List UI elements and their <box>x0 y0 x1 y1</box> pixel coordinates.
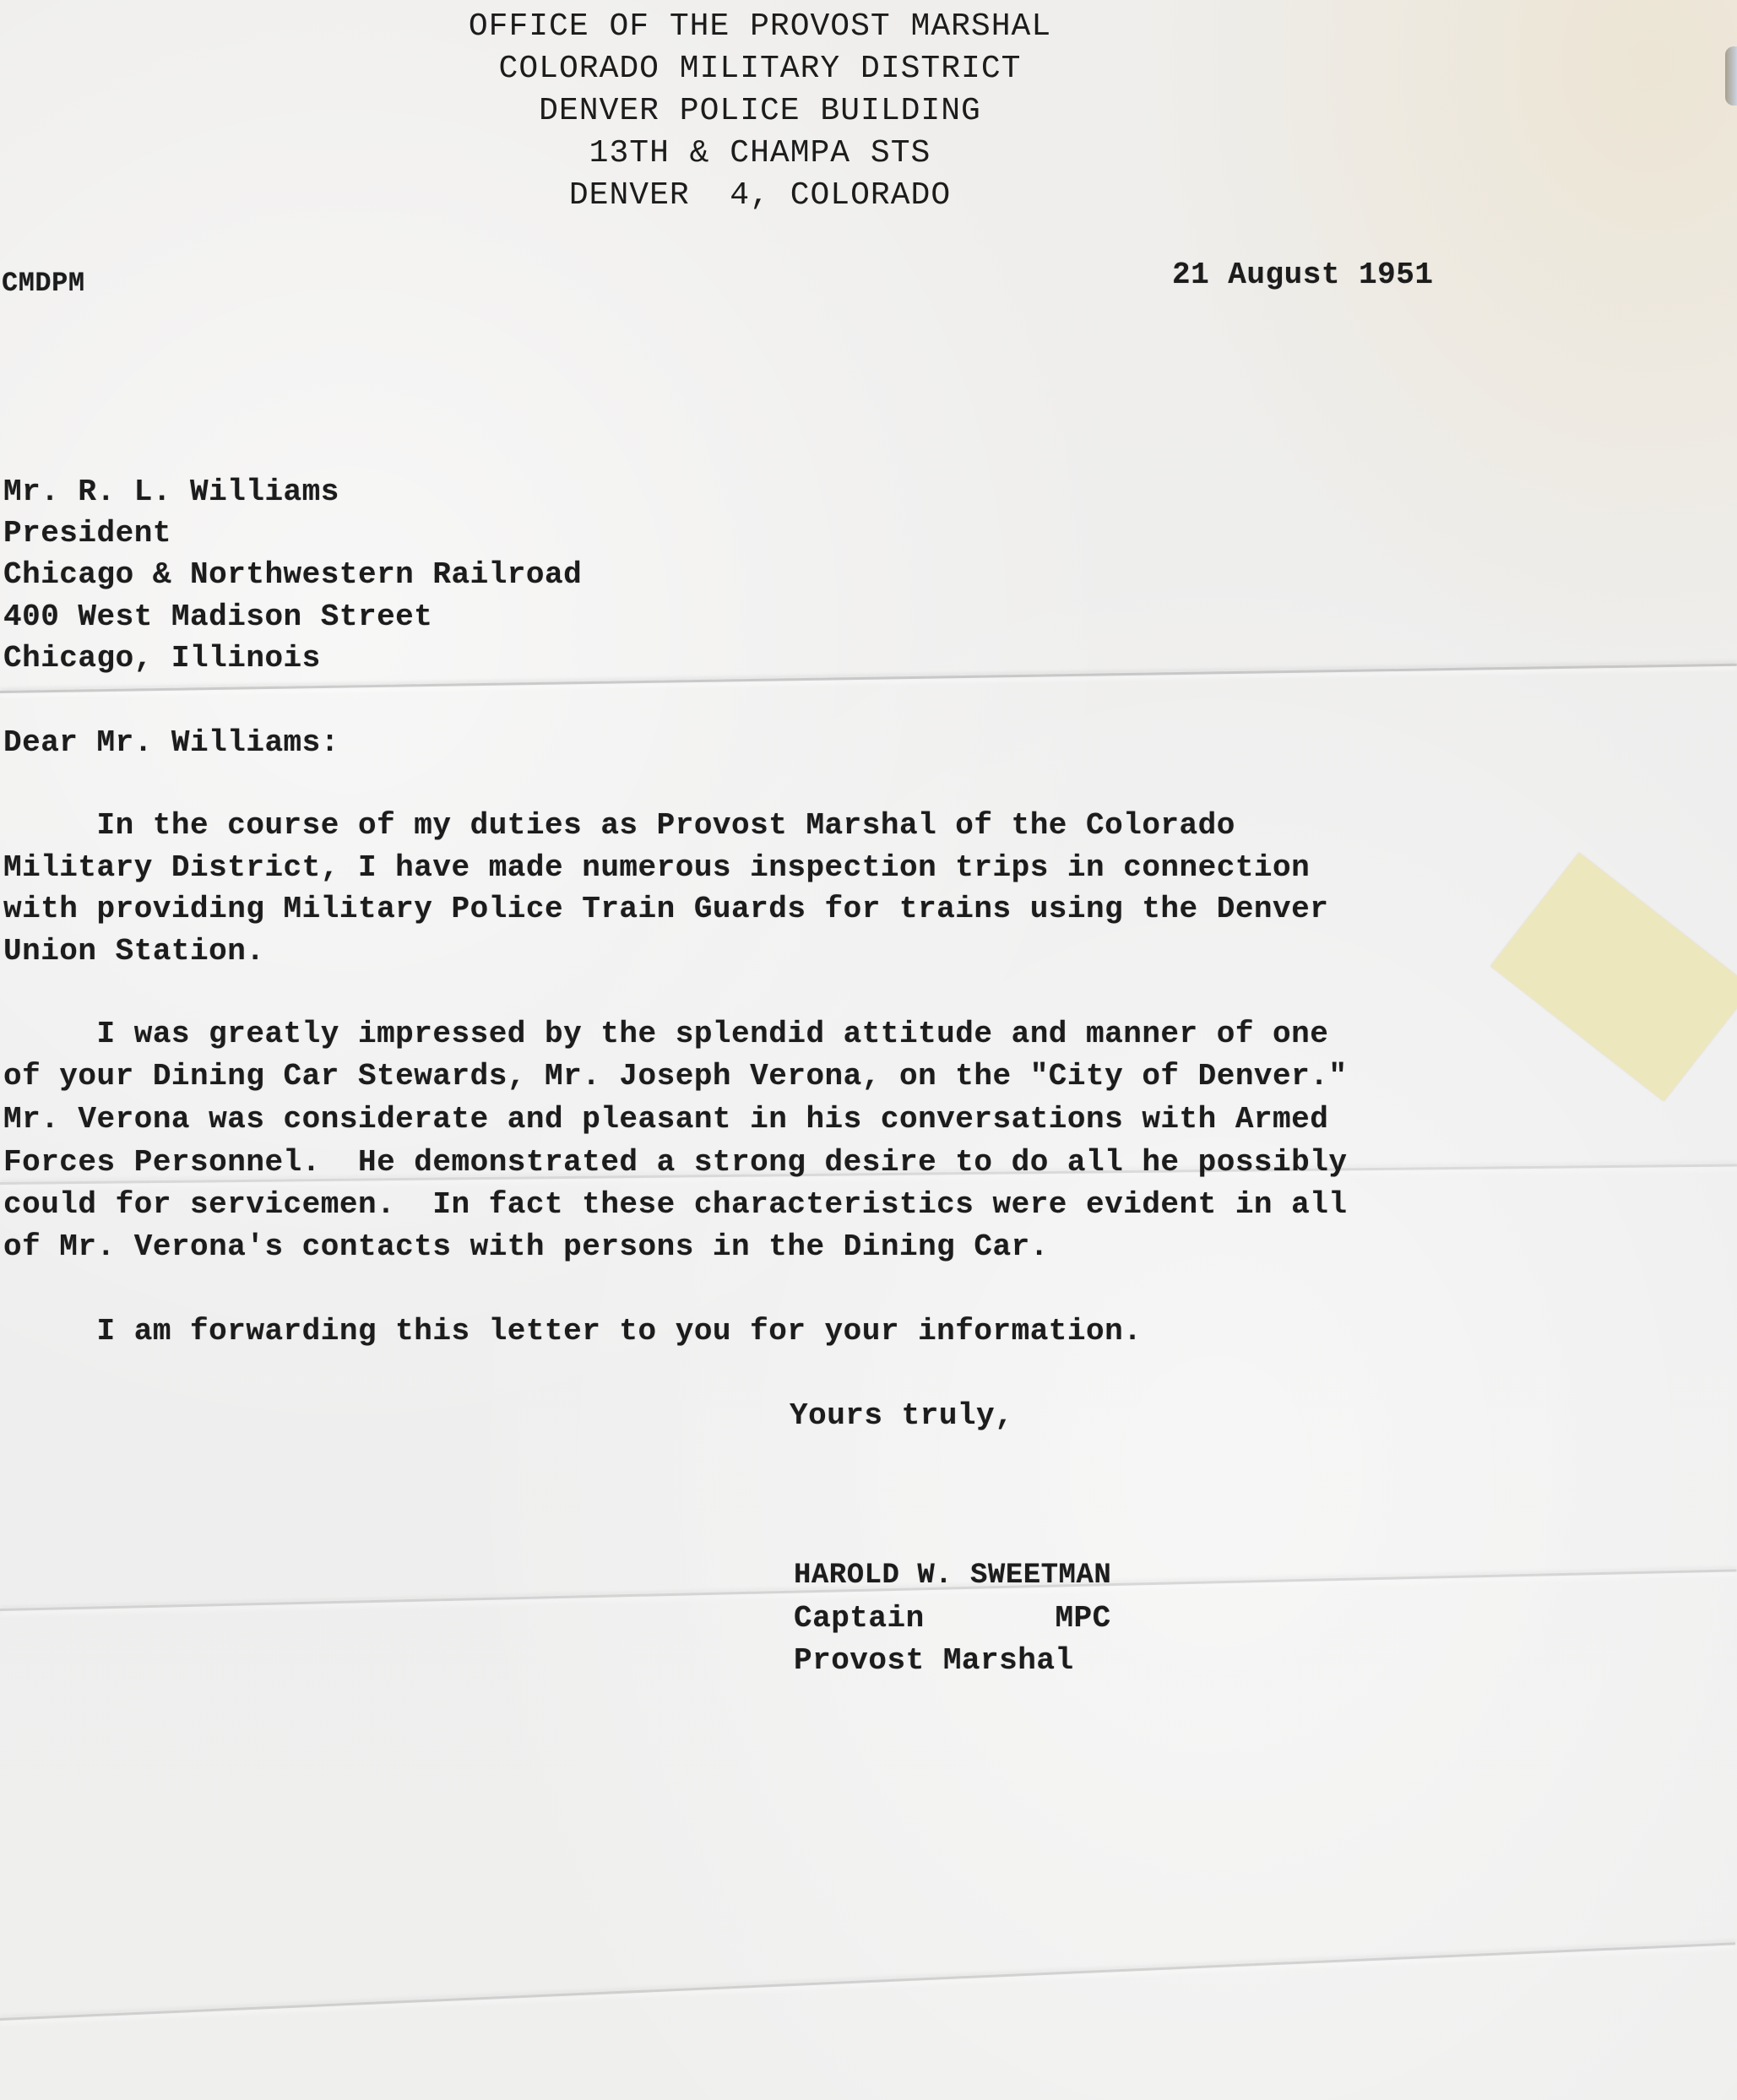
letterhead-line: 13TH & CHAMPA STS <box>0 135 1520 172</box>
recipient-line: President <box>3 517 171 551</box>
signer-rank: Captain MPC <box>794 1602 1111 1636</box>
body-line: I am forwarding this letter to you for y… <box>3 1315 1142 1348</box>
adhesive-tape <box>1490 853 1737 1101</box>
letterhead-line: COLORADO MILITARY DISTRICT <box>0 51 1520 88</box>
body-line: Military District, I have made numerous … <box>3 851 1310 885</box>
salutation: Dear Mr. Williams: <box>3 726 339 760</box>
body-line: with providing Military Police Train Gua… <box>3 893 1328 926</box>
complimentary-close: Yours truly, <box>790 1399 1013 1433</box>
reference-code: CMDPM <box>2 267 85 301</box>
signer-title: Provost Marshal <box>794 1644 1074 1678</box>
body-line: of your Dining Car Stewards, Mr. Joseph … <box>3 1060 1347 1093</box>
letter-date: 21 August 1951 <box>1172 258 1433 292</box>
body-line: Mr. Verona was considerate and pleasant … <box>3 1103 1328 1137</box>
body-line: Union Station. <box>3 935 264 969</box>
signer-name: HAROLD W. SWEETMAN <box>794 1559 1111 1593</box>
recipient-line: Mr. R. L. Williams <box>3 475 339 509</box>
letterhead-line: DENVER POLICE BUILDING <box>0 93 1520 130</box>
body-line: could for servicemen. In fact these char… <box>3 1188 1347 1222</box>
body-line: Forces Personnel. He demonstrated a stro… <box>3 1146 1347 1180</box>
paper-corner-tear <box>1725 46 1737 106</box>
letterhead-line: OFFICE OF THE PROVOST MARSHAL <box>0 8 1520 46</box>
recipient-line: Chicago, Illinois <box>3 642 321 676</box>
fold-crease-lower <box>0 1942 1735 2021</box>
body-line: I was greatly impressed by the splendid … <box>3 1017 1328 1051</box>
body-line: In the course of my duties as Provost Ma… <box>3 809 1235 843</box>
letterhead-line: DENVER 4, COLORADO <box>0 177 1520 214</box>
recipient-line: Chicago & Northwestern Railroad <box>3 558 582 592</box>
recipient-line: 400 West Madison Street <box>3 600 432 634</box>
body-line: of Mr. Verona's contacts with persons in… <box>3 1230 1049 1264</box>
